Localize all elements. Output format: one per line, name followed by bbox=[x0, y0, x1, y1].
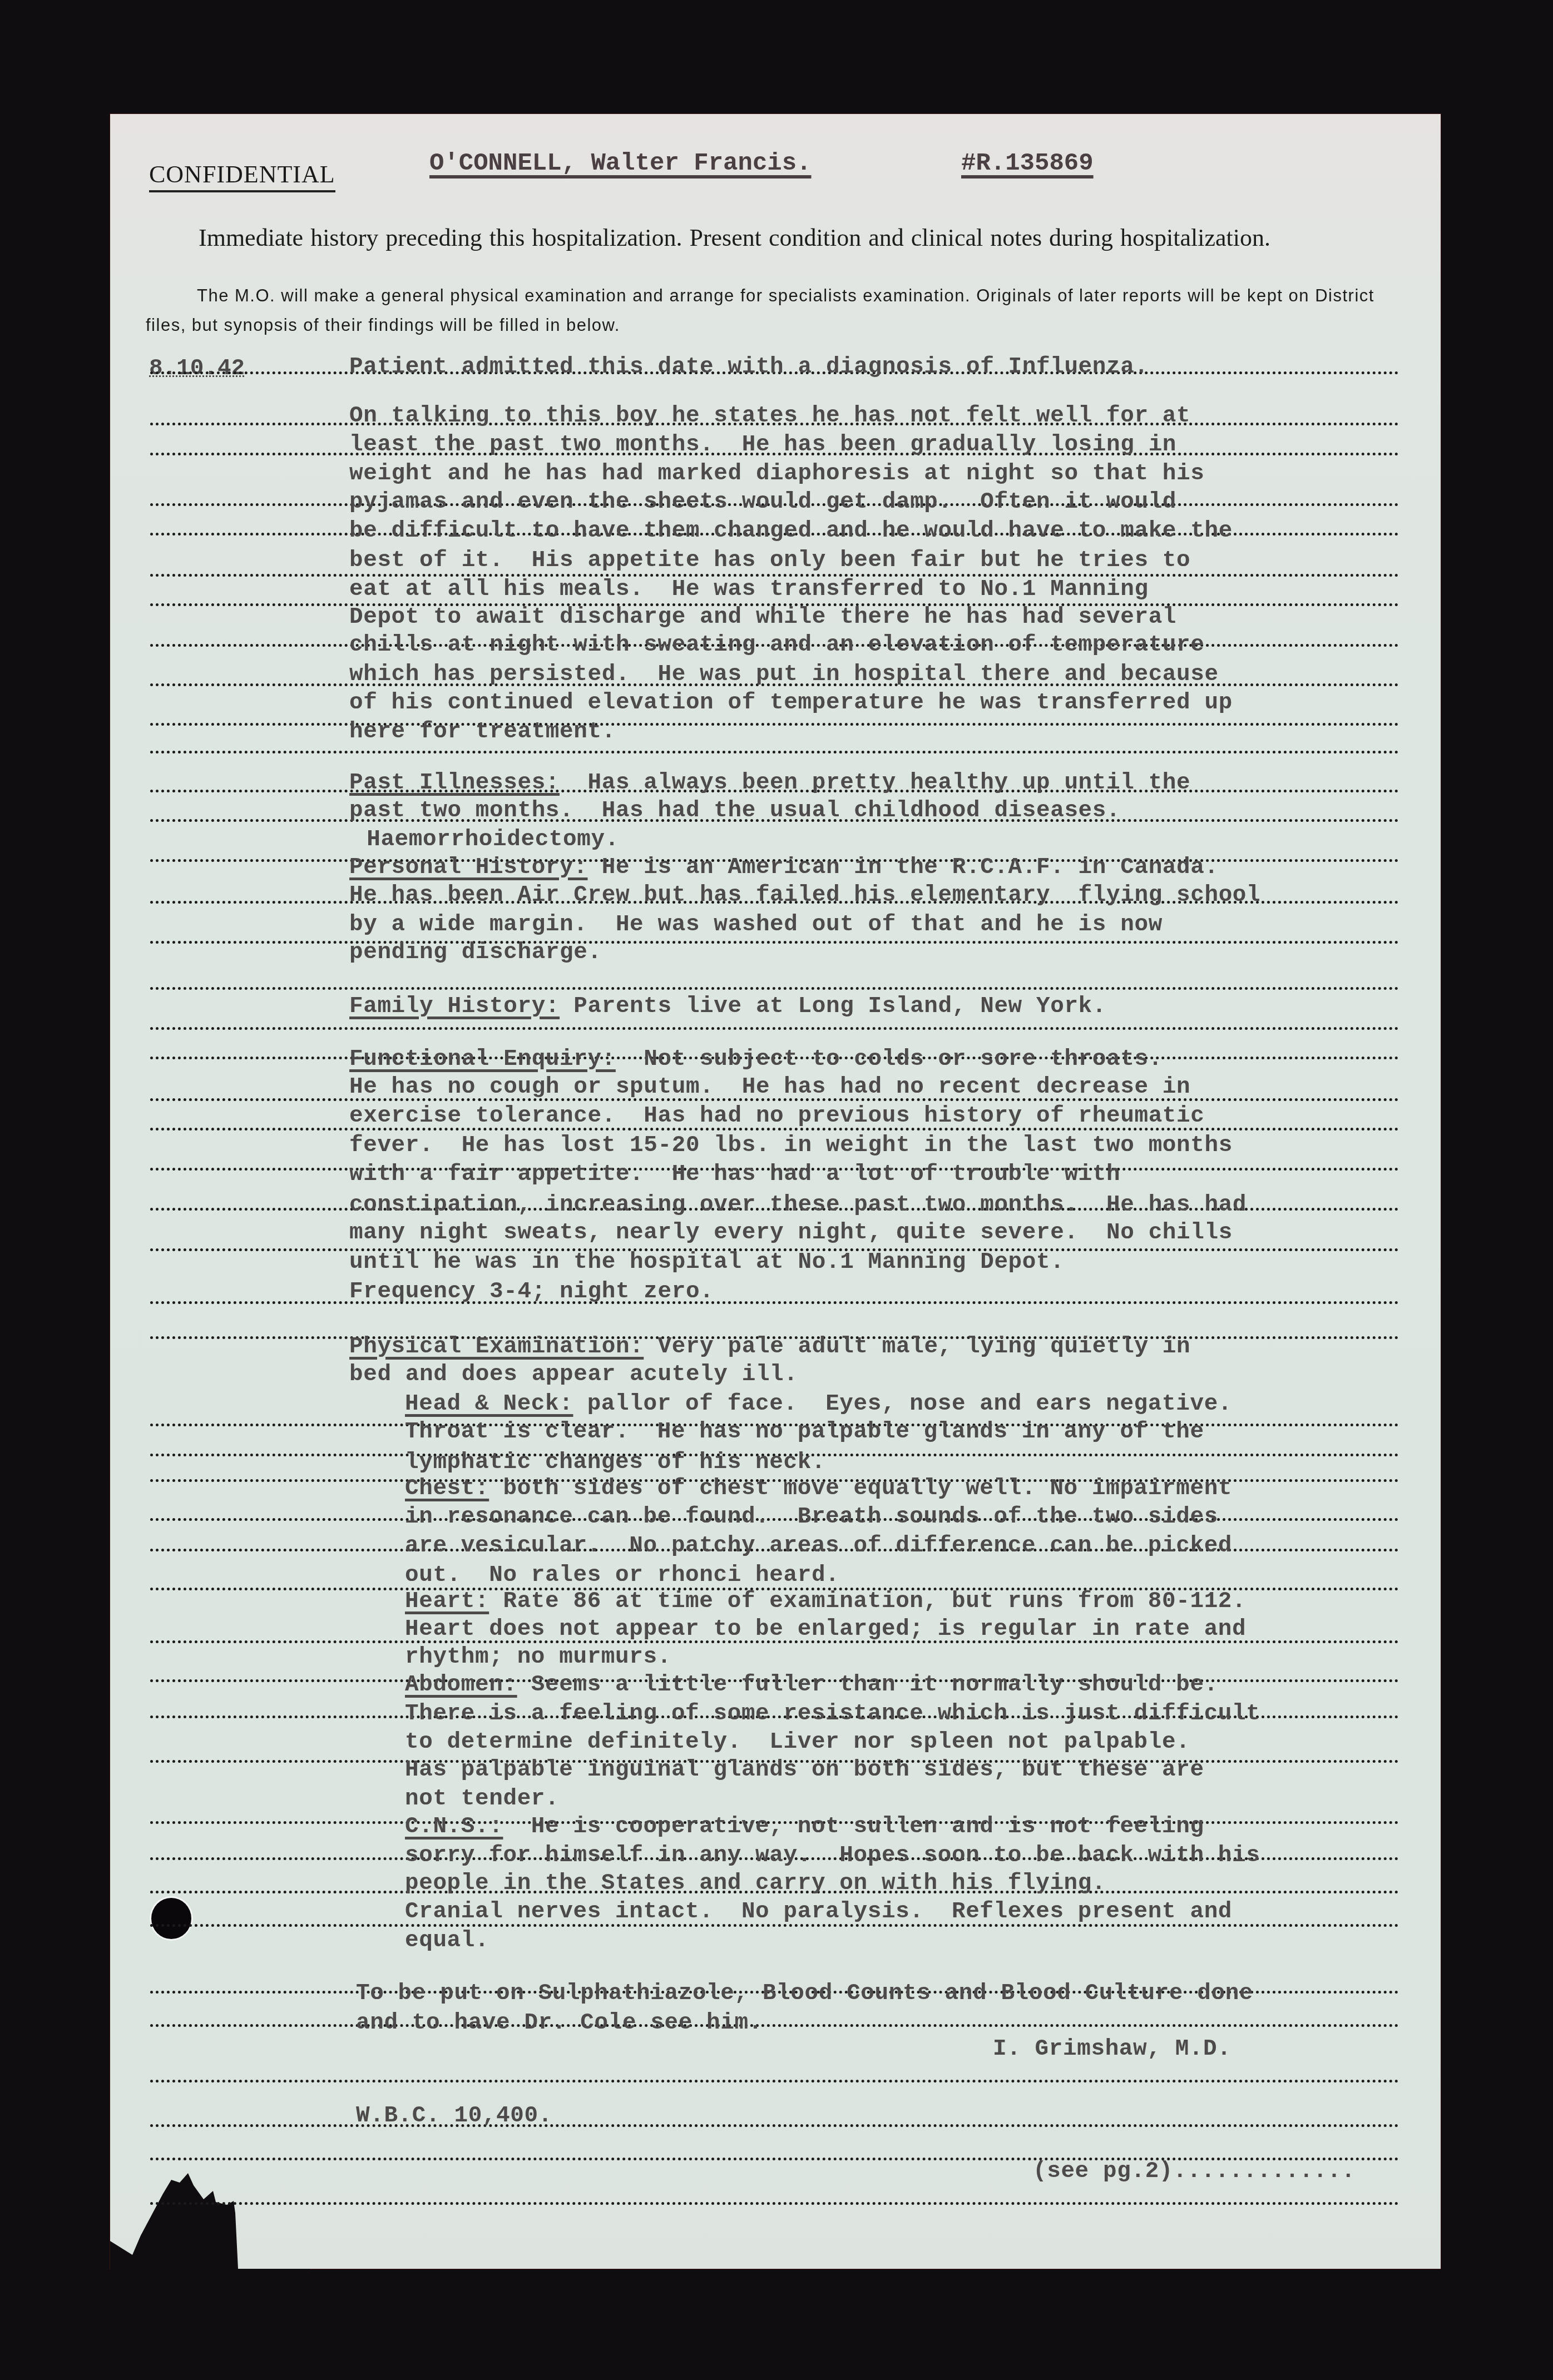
past-illnesses-line: past two months. Has had the usual child… bbox=[349, 800, 1120, 822]
personal-history-line: He has been Air Crew but has failed his … bbox=[349, 884, 1260, 907]
ruled-line bbox=[150, 2202, 1399, 2205]
abdomen-line: Has palpable inguinal glands on both sid… bbox=[405, 1759, 1204, 1782]
classification-label: CONFIDENTIAL bbox=[149, 162, 335, 192]
section-label: Functional Enquiry: bbox=[349, 1047, 616, 1072]
cns-line: Cranial nerves intact. No paralysis. Ref… bbox=[405, 1901, 1232, 1923]
history-line: which has persisted. He was put in hospi… bbox=[349, 663, 1219, 686]
functional-enquiry-line: He has no cough or sputum. He has had no… bbox=[349, 1076, 1190, 1099]
torn-corner bbox=[110, 2169, 310, 2380]
cns-line: people in the States and carry on with h… bbox=[405, 1872, 1106, 1895]
past-illnesses-line: Past Illnesses: Has always been pretty h… bbox=[349, 772, 1190, 795]
admission-line: Patient admitted this date with a diagno… bbox=[349, 356, 1149, 379]
ruled-line bbox=[150, 2024, 1399, 2027]
personal-history-line: Personal History: He is an American in t… bbox=[349, 856, 1219, 879]
continuation-note: (see pg.2)............. bbox=[1033, 2160, 1356, 2183]
history-line: be difficult to have them changed and he… bbox=[349, 520, 1233, 543]
cns-line: equal. bbox=[405, 1930, 489, 1952]
cns-line: sorry for himself in any way. Hopes soon… bbox=[405, 1844, 1260, 1867]
section-label: Family History: bbox=[349, 994, 560, 1019]
section-label: Past Illnesses: bbox=[349, 770, 560, 796]
signature: I. Grimshaw, M.D. bbox=[993, 2038, 1231, 2061]
cns-line: C.N.S.: He is cooperative, not sullen an… bbox=[405, 1816, 1204, 1838]
ruled-line bbox=[150, 941, 1399, 944]
service-number: #R.135869 bbox=[961, 151, 1094, 176]
abdomen-line: Abdomen: Seems a little fuller than it n… bbox=[405, 1674, 1218, 1697]
history-line: of his continued elevation of temperatur… bbox=[349, 692, 1233, 715]
history-line: least the past two months. He has been g… bbox=[349, 434, 1176, 457]
patient-name: O'CONNELL, Walter Francis. bbox=[429, 151, 812, 176]
ruled-line bbox=[150, 723, 1399, 726]
head-neck-line: lymphatic changes of his neck. bbox=[405, 1451, 825, 1474]
section-label: Heart: bbox=[405, 1589, 489, 1614]
history-line: best of it. His appetite has only been f… bbox=[349, 549, 1190, 572]
ruled-line bbox=[150, 2080, 1399, 2082]
plan-line: To be put on Sulphathiazole, Blood Count… bbox=[356, 1982, 1253, 2005]
form-note: The M.O. will make a general physical ex… bbox=[146, 281, 1397, 340]
chest-line: Chest: both sides of chest move equally … bbox=[405, 1477, 1232, 1500]
functional-enquiry-line: Frequency 3-4; night zero. bbox=[349, 1281, 714, 1303]
history-line: here for treatment. bbox=[349, 721, 616, 743]
heart-line: Heart: Rate 86 at time of examination, b… bbox=[405, 1590, 1246, 1613]
history-line: chills at night with sweating and an ele… bbox=[349, 634, 1204, 657]
head-neck-line: Head & Neck: pallor of face. Eyes, nose … bbox=[405, 1393, 1232, 1416]
chest-line: are vesicular. No patchy areas of differ… bbox=[405, 1535, 1232, 1558]
history-line: weight and he has had marked diaphoresis… bbox=[349, 463, 1204, 485]
heart-line: rhythm; no murmurs. bbox=[405, 1646, 671, 1669]
personal-history-line: pending discharge. bbox=[349, 941, 602, 964]
functional-enquiry-line: Functional Enquiry: Not subject to colds… bbox=[349, 1048, 1163, 1071]
history-line: eat at all his meals. He was transferred… bbox=[349, 578, 1149, 601]
heart-line: Heart does not appear to be enlarged; is… bbox=[405, 1618, 1246, 1641]
section-label: Abdomen: bbox=[405, 1672, 517, 1698]
section-label: Chest: bbox=[405, 1476, 489, 1501]
abdomen-line: There is a feeling of some resistance wh… bbox=[405, 1703, 1260, 1725]
punch-hole bbox=[151, 1898, 191, 1939]
ruled-line bbox=[150, 1301, 1399, 1304]
section-label: Physical Examination: bbox=[349, 1334, 644, 1360]
form-heading: Immediate history preceding this hospita… bbox=[146, 222, 1397, 254]
history-line: Depot to await discharge and while there… bbox=[349, 606, 1176, 629]
physical-exam-line: bed and does appear acutely ill. bbox=[349, 1363, 798, 1386]
functional-enquiry-line: constipation, increasing over these past… bbox=[349, 1194, 1247, 1217]
chest-line: out. No rales or rhonci heard. bbox=[405, 1564, 839, 1587]
chest-line: in resonance can be found. Breath sounds… bbox=[405, 1506, 1218, 1529]
section-label: Head & Neck: bbox=[405, 1391, 573, 1417]
functional-enquiry-line: exercise tolerance. Has had no previous … bbox=[349, 1105, 1204, 1128]
lab-result: W.B.C. 10,400. bbox=[356, 2105, 552, 2128]
history-line: pyjamas and even the sheets would get da… bbox=[349, 491, 1176, 514]
history-line: On talking to this boy he states he has … bbox=[349, 405, 1190, 428]
functional-enquiry-line: many night sweats, nearly every night, q… bbox=[349, 1222, 1233, 1244]
physical-exam-line: Physical Examination: Very pale adult ma… bbox=[349, 1336, 1190, 1358]
section-label: C.N.S.: bbox=[405, 1814, 503, 1839]
abdomen-line: not tender. bbox=[405, 1788, 559, 1811]
plan-line: and to have Dr. Cole see him. bbox=[356, 2012, 763, 2035]
personal-history-line: by a wide margin. He was washed out of t… bbox=[349, 914, 1163, 936]
entry-date: 8.10.42 bbox=[149, 356, 245, 381]
abdomen-line: to determine definitely. Liver nor splee… bbox=[405, 1731, 1190, 1754]
ruled-line bbox=[150, 2124, 1399, 2127]
past-illnesses-line: Haemorrhoidectomy. bbox=[353, 829, 619, 851]
section-label: Personal History: bbox=[349, 855, 587, 880]
functional-enquiry-line: fever. He has lost 15-20 lbs. in weight … bbox=[349, 1134, 1233, 1157]
ruled-line bbox=[150, 1027, 1399, 1030]
functional-enquiry-line: until he was in the hospital at No.1 Man… bbox=[349, 1251, 1064, 1274]
head-neck-line: Throat is clear. He has no palpable glan… bbox=[405, 1421, 1204, 1444]
ruled-line bbox=[150, 987, 1399, 990]
ruled-line bbox=[150, 751, 1399, 753]
family-history-line: Family History: Parents live at Long Isl… bbox=[349, 995, 1106, 1018]
functional-enquiry-line: with a fair appetite. He has had a lot o… bbox=[349, 1163, 1120, 1186]
